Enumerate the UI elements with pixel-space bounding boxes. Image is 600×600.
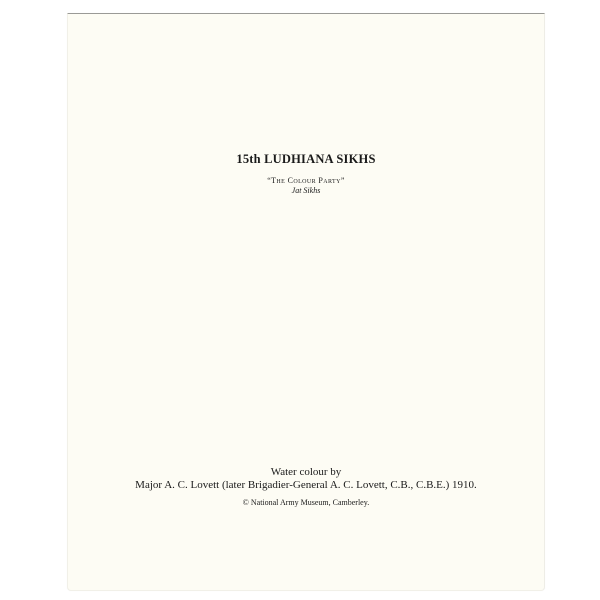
credit-line-2: Major A. C. Lovett (later Brigadier-Gene… [68, 479, 544, 491]
card-subtitle-italic: Jat Sikhs [68, 186, 544, 195]
card-title: 15th LUDHIANA SIKHS [68, 152, 544, 167]
credit-line-1: Water colour by [68, 466, 544, 478]
card-subtitle: “The Colour Party” [68, 176, 544, 185]
print-card: 15th LUDHIANA SIKHS “The Colour Party” J… [67, 13, 545, 591]
page: 15th LUDHIANA SIKHS “The Colour Party” J… [0, 0, 600, 600]
copyright-notice: © National Army Museum, Camberley. [68, 498, 544, 507]
